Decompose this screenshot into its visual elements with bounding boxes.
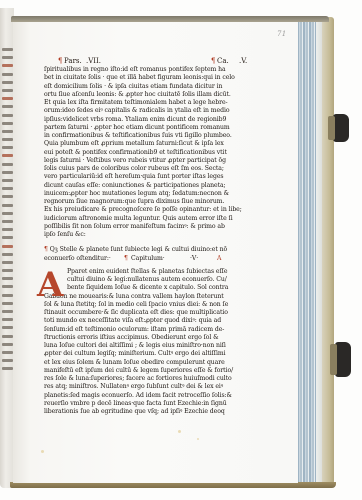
text-line: luna Ioſue cultori dei altiſſimi ; & leg… xyxy=(44,342,271,350)
left-page-verso xyxy=(0,8,14,488)
text-line: Quia plumbum eſt ꝓprium metallum ſaturni… xyxy=(44,140,271,148)
text-line: ſol & luna ſtetitq; ſol in medio celi ſp… xyxy=(44,301,271,309)
running-head-chapter-label: Ca. xyxy=(217,57,229,65)
text-line: in confirmationibus & teſtificationibus … xyxy=(44,132,271,140)
book-photograph: 71 ¶ Pars. .VII. ¶ Ca. .V. ſpiritualibus… xyxy=(0,0,362,500)
text-line: Ex his preiudicare & precognoſcere ſe po… xyxy=(44,206,271,214)
paragraph-2: A Pparet enim euident̄ ſtellas & planeta… xyxy=(44,268,271,417)
text-line: ſenſum:id eſt teſtimonio oculorum: iſtam… xyxy=(44,326,271,334)
text-line: poſſibilis ſit non ſolum error manifeſtu… xyxy=(44,223,271,231)
text-line: regnorum ſiue magnorum:que ſupra diximus… xyxy=(44,198,271,206)
capitulum-letter: A xyxy=(217,255,221,263)
decorated-initial-a: A xyxy=(37,270,63,300)
page-fore-edge xyxy=(297,22,322,484)
text-line: reuerſio vmbre p decē lineas·que facta ſ… xyxy=(44,400,271,408)
pilcrow-icon: ¶ xyxy=(58,57,62,65)
text-line: ipſius:videlicet vrbs roma. Ytaliam enim… xyxy=(44,116,271,124)
text-line: legis ſaturni · Veſtibus vero rubeis vti… xyxy=(44,157,271,165)
text-line: ſtructionis erroris iſtius accipimus. Ob… xyxy=(44,334,271,342)
text-line: eui poteſt & pontifex confirmationib9 et… xyxy=(44,149,271,157)
text-line: ſtinauit occumbere·& ſic duplicata eſt d… xyxy=(44,309,271,317)
chapter-heading: ¶ Qꝫ Stelle & planete ſunt ſubiecte legi… xyxy=(44,246,271,263)
capitulum-number: ·V· xyxy=(190,255,198,263)
text-line: bente ſiquidem Ioſue & dicente x capitul… xyxy=(44,284,271,292)
text-line: eſt domicilium ſolis · & ipſa ciuitas et… xyxy=(44,83,271,91)
lower-clasp-icon xyxy=(335,342,351,377)
text-line: manifeſtū eſt ipſum dei cultū & legem ſu… xyxy=(44,367,271,375)
text-line: ſolis cuius pars de coloribus color rube… xyxy=(44,165,271,173)
pilcrow-icon: ¶ xyxy=(124,255,128,263)
text-line: res atq; miniſtros. Nullatenꝰ ergo ſubſu… xyxy=(44,383,271,391)
running-head-part-label: Pars. xyxy=(64,57,82,65)
text-line: ſpiritualibus in regno iſto:id eſt roman… xyxy=(44,66,271,74)
chapter-heading-text: Qꝫ Stelle & planete ſunt ſubiecte legi &… xyxy=(50,246,227,253)
text-block: ¶ Pars. .VII. ¶ Ca. .V. ſpiritualibus in… xyxy=(44,57,271,416)
text-line: et lex eius ſolem & lunam Ioſue obedire … xyxy=(44,359,271,367)
capitulum-label: Capitulum· xyxy=(131,255,165,263)
text-line: cultui diuino & legi:nullatenus autem ec… xyxy=(44,276,271,284)
pilcrow-icon: ¶ xyxy=(211,57,215,65)
running-head: ¶ Pars. .VII. ¶ Ca. .V. xyxy=(44,57,271,66)
chapter-heading-line: econuerſo oſtenditur:· ¶ Capitulum· ·V· … xyxy=(44,255,271,263)
text-line: inuicem:ꝓpter hoc mutationes legum atq; … xyxy=(44,190,271,198)
text-line: Et quia lex iſta firmitatem teſtimoniale… xyxy=(44,99,271,107)
text-line: toti mundo ex neceſſitate viſa eſt:ꝓpter… xyxy=(44,317,271,325)
text-line: ipſo ſenſu &c: xyxy=(44,231,271,239)
text-line: res ſole & luna:ſuperiores; facere ac fo… xyxy=(44,375,271,383)
text-line: ortu ſiue aſcenſu leonis: & ꝓpter hoc ci… xyxy=(44,91,271,99)
folio-number: 71 xyxy=(277,30,287,38)
text-line: Pparet enim euident̄ ſtellas & planetas … xyxy=(44,268,271,276)
upper-clasp-icon xyxy=(333,114,349,142)
text-line: Gabaon ne mouearis:& luna contra vallem … xyxy=(44,293,271,301)
text-line: bet in ciuitate ſolis · que et illā habe… xyxy=(44,74,271,82)
pilcrow-icon: ¶ xyxy=(44,246,48,253)
text-line: planetis:ſed magis econuerſo. Ad idem fa… xyxy=(44,392,271,400)
text-line: partem ſaturni · ꝓpter hoc etiam dicunt … xyxy=(44,124,271,132)
chapter-heading-text: econuerſo oſtenditur:· xyxy=(44,255,111,262)
left-page-text-lines xyxy=(2,48,13,376)
text-line: orum:ideo ſedes eiꝰ capitalis & radicali… xyxy=(44,107,271,115)
text-line: dicunt cauſas eſſe: coniunctiones & part… xyxy=(44,182,271,190)
running-head-part-number: .VII. xyxy=(86,57,101,65)
paragraph-1: ſpiritualibus in regno iſto:id eſt roman… xyxy=(44,66,271,239)
chapter-heading-line: ¶ Qꝫ Stelle & planete ſunt ſubiecte legi… xyxy=(44,246,271,254)
text-line: liberationis ſue ab egritudine que vſq; … xyxy=(44,408,271,416)
binding-board-right xyxy=(322,17,334,487)
running-head-chapter-number: .V. xyxy=(239,57,247,65)
text-line: vero particulariū:id eſt hereſum·quia ſu… xyxy=(44,173,271,181)
text-line: ꝓpter dei cultum legiſq; miniſterium. Cu… xyxy=(44,350,271,358)
text-line: iudiciorum aſtronomie multa leguntur. Qu… xyxy=(44,215,271,223)
